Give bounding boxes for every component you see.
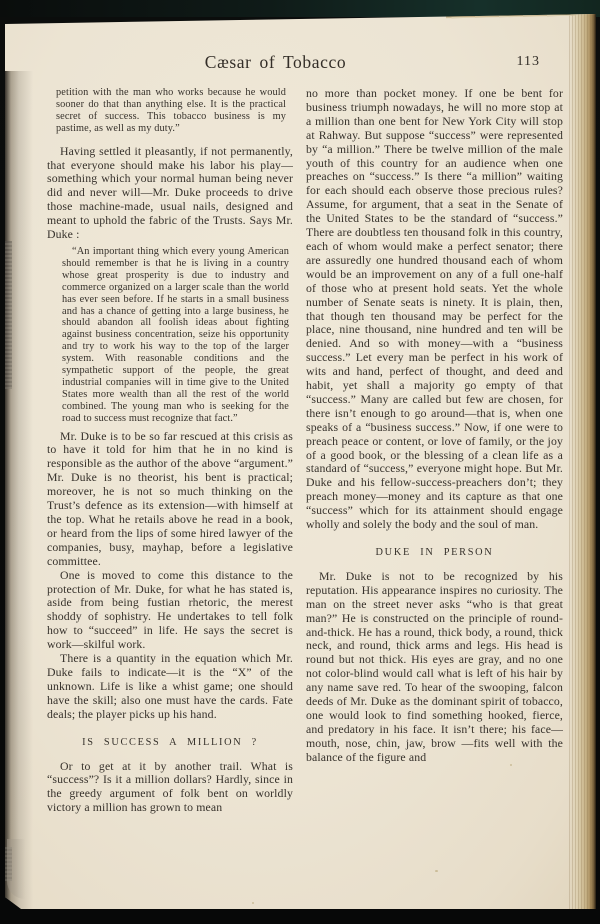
paragraph: Mr. Duke is not to be recognized by his … — [306, 570, 563, 765]
gutter-shadow — [5, 71, 35, 909]
page-edge-stack — [569, 13, 596, 909]
dust-speck — [510, 764, 512, 766]
block-quote: “An important thing which every young Am… — [62, 246, 289, 425]
dust-speck — [123, 113, 125, 115]
paragraph: no more than pocket money. If one be ben… — [306, 87, 563, 532]
paragraph: Having settled it pleasantly, if not per… — [47, 145, 293, 242]
dust-speck — [435, 870, 438, 872]
carryover-quote: petition with the man who works because … — [56, 87, 286, 135]
paragraph: One is moved to come this distance to th… — [47, 569, 293, 652]
section-heading: IS SUCCESS A MILLION ? — [47, 736, 293, 750]
section-heading: DUKE IN PERSON — [306, 546, 563, 560]
running-head: Cæsar of Tobacco 113 — [45, 52, 566, 74]
page-corner-curve — [7, 839, 33, 899]
running-title: Cæsar of Tobacco — [45, 52, 506, 73]
book-page: Cæsar of Tobacco 113 petition with the m… — [5, 13, 596, 909]
paragraph: Mr. Duke is to be so far rescued at this… — [47, 430, 293, 569]
page-number: 113 — [517, 54, 540, 70]
paragraph: Or to get at it by another trail. What i… — [47, 760, 293, 816]
left-column: petition with the man who works because … — [47, 87, 293, 815]
dust-speck — [252, 902, 254, 904]
right-column: no more than pocket money. If one be ben… — [306, 87, 563, 765]
book-cover-edge — [0, 0, 600, 17]
facing-page-sliver — [5, 241, 12, 389]
book-photo: Cæsar of Tobacco 113 petition with the m… — [0, 0, 600, 924]
paragraph: There is a quantity in the equation whic… — [47, 652, 293, 722]
